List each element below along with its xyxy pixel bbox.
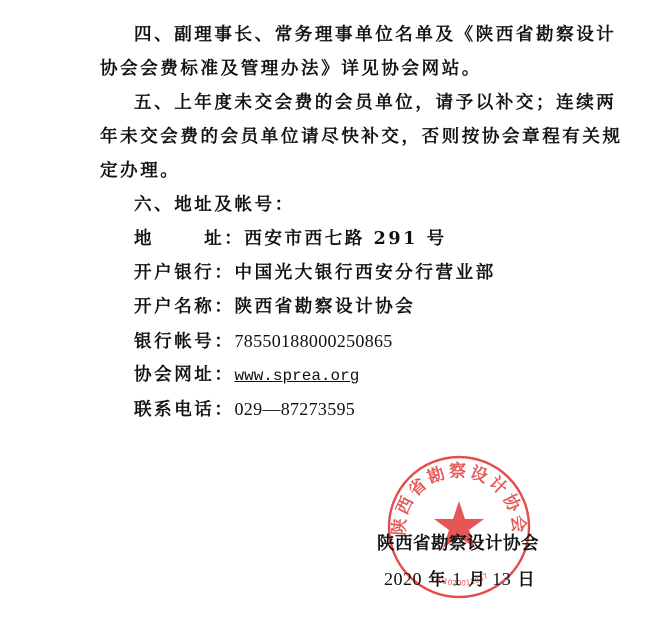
date-year-unit: 年 xyxy=(422,570,452,590)
paragraph-6-heading: 六、地址及帐号： xyxy=(134,194,295,216)
paragraph-5-line-1: 五、上年度未交会费的会员单位，请予以补交；连续两 xyxy=(134,92,616,114)
paragraph-4-line-1: 四、副理事长、常务理事单位名单及《陕西省勘察设计 xyxy=(134,24,616,46)
address-value: 西安市西七路 291 号 xyxy=(244,229,446,249)
date-month: 1 xyxy=(452,569,462,589)
website-row: 协会网址：www.sprea.org xyxy=(134,364,359,387)
account-name-label: 开户名称： xyxy=(134,296,235,318)
account-name-row: 开户名称：陕西省勘察设计协会 xyxy=(134,296,415,318)
paragraph-5-line-3: 定办理。 xyxy=(100,160,180,182)
paragraph-5-line-2: 年未交会费的会员单位请尽快补交，否则按协会章程有关规 xyxy=(100,126,623,148)
phone-value: 029—87273595 xyxy=(235,399,356,419)
date-day-unit: 日 xyxy=(511,570,535,590)
account-number-value: 78550188000250865 xyxy=(235,331,393,351)
website-link[interactable]: www.sprea.org xyxy=(235,367,360,385)
website-label: 协会网址： xyxy=(134,364,235,386)
date-year: 2020 xyxy=(384,569,422,589)
address-label-a: 地 xyxy=(134,228,154,250)
date-day: 13 xyxy=(492,569,511,589)
bank-value: 中国光大银行西安分行营业部 xyxy=(235,263,496,283)
date-month-unit: 月 xyxy=(462,570,492,590)
phone-row: 联系电话：029—87273595 xyxy=(134,398,355,421)
address-row: 地址：西安市西七路 291 号 xyxy=(134,228,447,250)
phone-label: 联系电话： xyxy=(134,399,235,421)
signature-organization: 陕西省勘察设计协会 xyxy=(377,530,539,555)
signature-date: 2020 年 1 月 13 日 xyxy=(384,565,535,590)
address-label-b: 址： xyxy=(204,228,244,250)
bank-row: 开户银行：中国光大银行西安分行营业部 xyxy=(134,262,496,284)
account-name-value: 陕西省勘察设计协会 xyxy=(235,297,416,317)
account-number-label: 银行帐号： xyxy=(134,331,235,353)
account-number-row: 银行帐号：78550188000250865 xyxy=(134,330,393,353)
paragraph-4-line-2: 协会会费标准及管理办法》详见协会网站。 xyxy=(100,58,482,80)
bank-label: 开户银行： xyxy=(134,262,235,284)
